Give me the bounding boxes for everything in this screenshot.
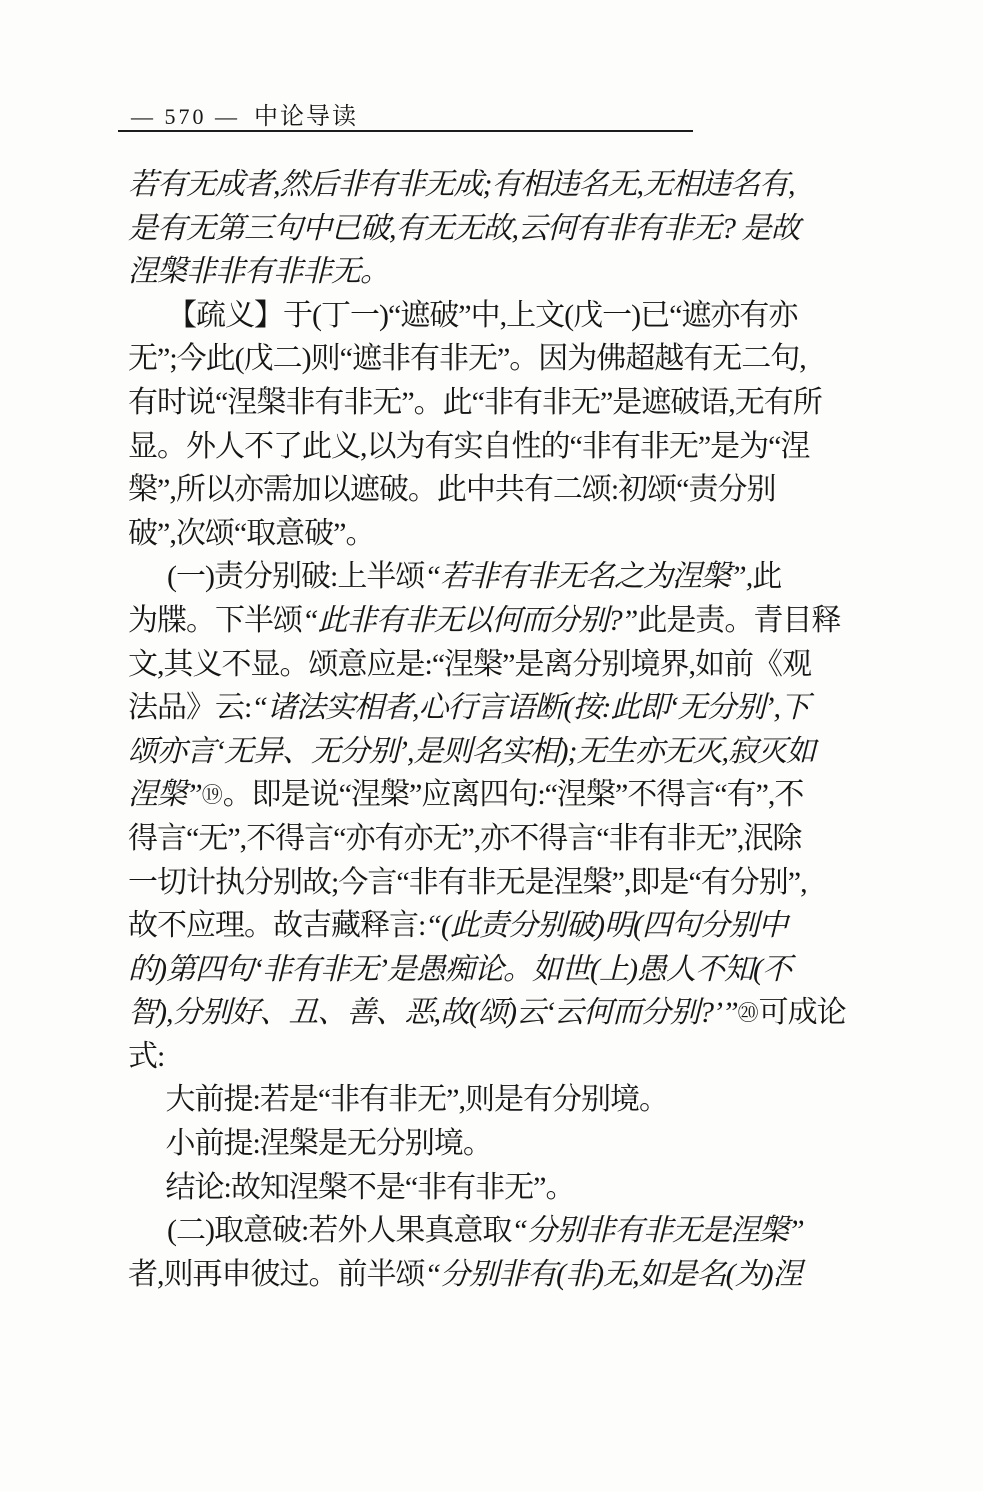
text-run: 【疏义】于(丁一)“遮破”中,上文(戊一)已“遮亦有亦 (167, 299, 797, 332)
text-run: (二)取意破:若外人果真意取 (167, 1214, 511, 1247)
text-line: 智),分别好、丑、善、恶,故(颂)云‘云何而分别?’”⑳可成论 (128, 991, 918, 1035)
text-line: 颂亦言‘无异、无分别’,是则名实相);无生亦无灭,寂灭如 (128, 730, 918, 774)
quote-text-run: “此非有非无以何而分别?” (302, 604, 637, 637)
quote-text-run: “(此责分别破)明(四句分别中 (425, 909, 787, 942)
verse-text-run: 是有无第三句中已破,有无无故,云何有非有非无? 是故 (128, 212, 800, 245)
text-line: (二)取意破:若外人果真意取“分别非有非无是涅槃” (128, 1209, 918, 1253)
text-run: 无”;今此(戊二)则“遮非有非无”。因为佛超越有无二句, (128, 342, 806, 375)
text-line: 涅槃”⑲。即是说“涅槃”应离四句:“涅槃”不得言“有”,不 (128, 773, 918, 817)
text-run: 破”,次颂“取意破”。 (128, 517, 374, 550)
text-run: 。即是说“涅槃”应离四句:“涅槃”不得言“有”,不 (223, 778, 804, 811)
text-run: 此是责。青目释 (637, 604, 840, 637)
quote-text-run: 涅槃” (128, 778, 202, 811)
text-line: (一)责分别破:上半颂“若非有非无名之为涅槃”,此 (128, 555, 918, 599)
text-run: 为牒。下半颂 (128, 604, 302, 637)
text-run: (一)责分别破:上半颂 (167, 560, 424, 593)
text-line: 无”;今此(戊二)则“遮非有非无”。因为佛超越有无二句, (128, 337, 918, 381)
quote-text-run: 颂亦言‘无异、无分别’,是则名实相);无生亦无灭,寂灭如 (128, 735, 815, 768)
book-title: 中论导读 (254, 96, 358, 131)
text-line: 为牒。下半颂“此非有非无以何而分别?”此是责。青目释 (128, 599, 918, 643)
quote-text-run: “分别非有非无是涅槃” (511, 1214, 803, 1247)
text-run: 有时说“涅槃非有非无”。此“非有非无”是遮破语,无有所 (128, 386, 822, 419)
text-run: 法品》云: (128, 691, 251, 724)
footnote-ref-19: ⑲ (202, 783, 223, 807)
quote-text-run: 的)第四句‘非有非无’是愚痴论。如世(上)愚人不知(不 (128, 953, 791, 986)
verse-text-run: 若有无成者,然后非有非无成;有相违名无,无相违名有, (128, 168, 795, 201)
text-line: 显。外人不了此义,以为有实自性的“非有非无”是为“涅 (128, 425, 918, 469)
quote-text-run: “若非有非无名之为涅槃”, (424, 560, 752, 593)
text-line: 有时说“涅槃非有非无”。此“非有非无”是遮破语,无有所 (128, 381, 918, 425)
quote-text-run: “分别非有(非)无,如是名(为)涅 (425, 1258, 802, 1291)
text-run: 小前提:涅槃是无分别境。 (166, 1127, 492, 1160)
text-line: 一切计执分别故;今言“非有非无是涅槃”,即是“有分别”, (128, 861, 918, 905)
text-line-minor-premise: 小前提:涅槃是无分别境。 (128, 1122, 918, 1166)
text-line: 法品》云:“诸法实相者,心行言语断(按:此即‘无分别’,下 (128, 686, 918, 730)
text-run: 者,则再申彼过。前半颂 (128, 1258, 425, 1291)
text-run: 可成论 (759, 996, 846, 1029)
text-line: 文,其义不显。颂意应是:“涅槃”是离分别境界,如前《观 (128, 643, 918, 687)
text-line: 破”,次颂“取意破”。 (128, 512, 918, 556)
text-line: 式: (128, 1035, 918, 1079)
quote-text-run: “诸法实相者,心行言语断(按:此即‘无分别’,下 (251, 691, 809, 724)
verse-text-run: 涅槃非非有非非无。 (128, 255, 389, 288)
text-run: 式: (128, 1040, 164, 1073)
text-run: 一切计执分别故;今言“非有非无是涅槃”,即是“有分别”, (128, 866, 807, 899)
text-run: 显。外人不了此义,以为有实自性的“非有非无”是为“涅 (128, 430, 809, 463)
page-header: — 570 — 中论导读 (131, 96, 358, 131)
text-line: 涅槃非非有非非无。 (128, 250, 918, 294)
page-number: — 570 — (131, 104, 240, 130)
header-rule (118, 130, 693, 132)
text-run: 此 (752, 560, 781, 593)
text-line: 得言“无”,不得言“亦有亦无”,亦不得言“非有非无”,泯除 (128, 817, 918, 861)
quote-text-run: 智),分别好、丑、善、恶,故(颂)云‘云何而分别?’” (128, 996, 738, 1029)
text-run: 故不应理。故吉藏释言: (128, 909, 425, 942)
body-text: 若有无成者,然后非有非无成;有相违名无,无相违名有, 是有无第三句中已破,有无无… (128, 163, 918, 1296)
text-line: 槃”,所以亦需加以遮破。此中共有二颂:初颂“责分别 (128, 468, 918, 512)
text-line-major-premise: 大前提:若是“非有非无”,则是有分别境。 (128, 1078, 918, 1122)
text-run: 结论:故知涅槃不是“非有非无”。 (166, 1171, 575, 1204)
text-run: 文,其义不显。颂意应是:“涅槃”是离分别境界,如前《观 (128, 648, 811, 681)
text-run: 槃”,所以亦需加以遮破。此中共有二颂:初颂“责分别 (128, 473, 775, 506)
text-run: 大前提:若是“非有非无”,则是有分别境。 (166, 1083, 668, 1116)
text-line-conclusion: 结论:故知涅槃不是“非有非无”。 (128, 1166, 918, 1210)
text-line: 是有无第三句中已破,有无无故,云何有非有非无? 是故 (128, 207, 918, 251)
text-line: 的)第四句‘非有非无’是愚痴论。如世(上)愚人不知(不 (128, 948, 918, 992)
text-line: 【疏义】于(丁一)“遮破”中,上文(戊一)已“遮亦有亦 (128, 294, 918, 338)
text-line: 故不应理。故吉藏释言:“(此责分别破)明(四句分别中 (128, 904, 918, 948)
book-page: — 570 — 中论导读 若有无成者,然后非有非无成;有相违名无,无相违名有, … (0, 0, 983, 1491)
text-line: 若有无成者,然后非有非无成;有相违名无,无相违名有, (128, 163, 918, 207)
text-line: 者,则再申彼过。前半颂“分别非有(非)无,如是名(为)涅 (128, 1253, 918, 1297)
text-run: 得言“无”,不得言“亦有亦无”,亦不得言“非有非无”,泯除 (128, 822, 801, 855)
footnote-ref-20: ⑳ (738, 1001, 759, 1025)
